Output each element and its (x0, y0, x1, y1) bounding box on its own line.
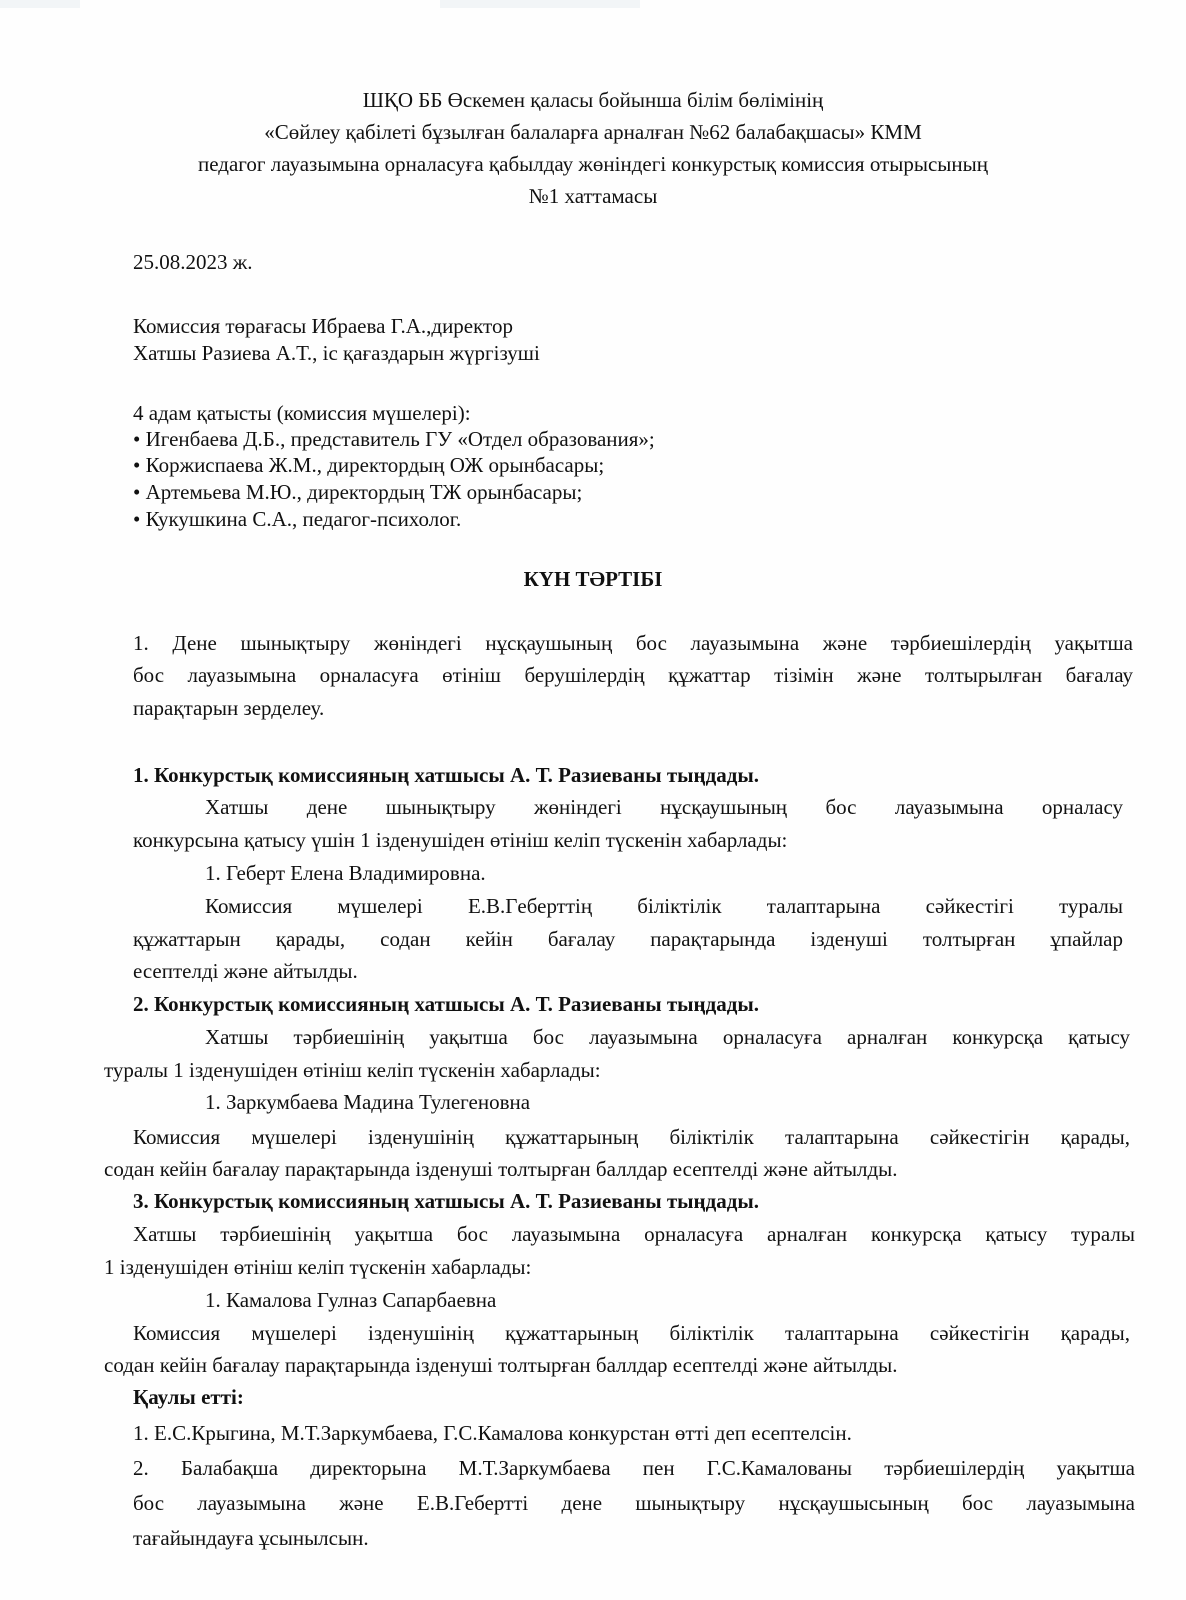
member-item: • Кукушкина С.А., педагог-психолог. (133, 506, 461, 532)
agenda-title: КҮН ТӘРТІБІ (0, 566, 1186, 592)
section-review: Комиссия мүшелері ізденушінің құжаттарын… (133, 1320, 1130, 1346)
candidate-name: 1. Заркумбаева Мадина Тулегеновна (205, 1089, 530, 1115)
section-review: содан кейін бағалау парақтарында ізденуш… (104, 1352, 898, 1378)
section-heading: 2. Конкурстық комиссияның хатшысы А. Т. … (133, 991, 759, 1017)
document-date: 25.08.2023 ж. (133, 249, 253, 275)
header-line-2: «Сөйлеу қабілеті бұзылған балаларға арна… (0, 119, 1186, 145)
commission-secretary: Хатшы Разиева А.Т., іс қағаздарын жүргіз… (133, 340, 540, 366)
section-heading: 1. Конкурстық комиссияның хатшысы А. Т. … (133, 762, 759, 788)
attendance-intro: 4 адам қатысты (комиссия мүшелері): (133, 400, 471, 426)
resolution-item: 2. Балабақша директорына М.Т.Заркумбаева… (133, 1455, 1135, 1481)
candidate-name: 1. Геберт Елена Владимировна. (205, 860, 486, 886)
scan-artifact (440, 0, 640, 8)
scan-artifact (0, 0, 80, 8)
section-report: Хатшы тәрбиешінің уақытша бос лауазымына… (205, 1024, 1130, 1050)
document-page: ШҚО ББ Өскемен қаласы бойынша білім бөлі… (0, 0, 1186, 1600)
member-item: • Коржиспаева Ж.М., директордың ОЖ орынб… (133, 452, 604, 478)
section-report: туралы 1 ізденушіден өтініш келіп түскен… (104, 1057, 601, 1083)
section-report: 1 ізденушіден өтініш келіп түскенін хаба… (104, 1254, 531, 1280)
section-review: Комиссия мүшелері Е.В.Гeберттің біліктіл… (205, 893, 1123, 919)
commission-chair: Комиссия төрағасы Ибраева Г.А.,директор (133, 313, 513, 339)
section-report: конкурсына қатысу үшін 1 ізденушіден өті… (133, 827, 787, 853)
agenda-line: 1. Дене шынықтыру жөніндегі нұсқаушының … (133, 630, 1133, 656)
section-review: құжаттарын қарады, содан кейін бағалау п… (133, 926, 1123, 952)
section-review: есептелді және айтылды. (133, 958, 358, 984)
member-item: • Игенбаева Д.Б., представитель ГУ «Отде… (133, 426, 655, 452)
section-review: Комиссия мүшелері ізденушінің құжаттарын… (133, 1124, 1130, 1150)
section-heading: 3. Конкурстық комиссияның хатшысы А. Т. … (133, 1188, 759, 1214)
header-line-1: ШҚО ББ Өскемен қаласы бойынша білім бөлі… (0, 87, 1186, 113)
section-report: Хатшы тәрбиешінің уақытша бос лауазымына… (133, 1221, 1135, 1247)
candidate-name: 1. Камалова Гулназ Сапарбаевна (205, 1287, 496, 1313)
agenda-line: парақтарын зерделеу. (133, 695, 324, 721)
header-line-4: №1 хаттамасы (0, 183, 1186, 209)
header-line-3: педагог лауазымына орналасуға қабылдау ж… (0, 151, 1186, 177)
resolution-item: бос лауазымына және Е.В.Гебертті дене шы… (133, 1490, 1135, 1516)
resolution-item: тағайындауға ұсынылсын. (133, 1525, 369, 1551)
section-report: Хатшы дене шынықтыру жөніндегі нұсқаушын… (205, 794, 1123, 820)
section-review: содан кейін бағалау парақтарында ізденуш… (104, 1156, 898, 1182)
member-item: • Артемьева М.Ю., директордың ТЖ орынбас… (133, 479, 582, 505)
resolution-item: 1. Е.С.Крыгина, М.Т.Заркумбаева, Г.С.Кам… (133, 1420, 852, 1446)
agenda-line: бос лауазымына орналасуға өтініш берушіл… (133, 662, 1133, 688)
resolution-title: Қаулы етті: (133, 1384, 244, 1410)
